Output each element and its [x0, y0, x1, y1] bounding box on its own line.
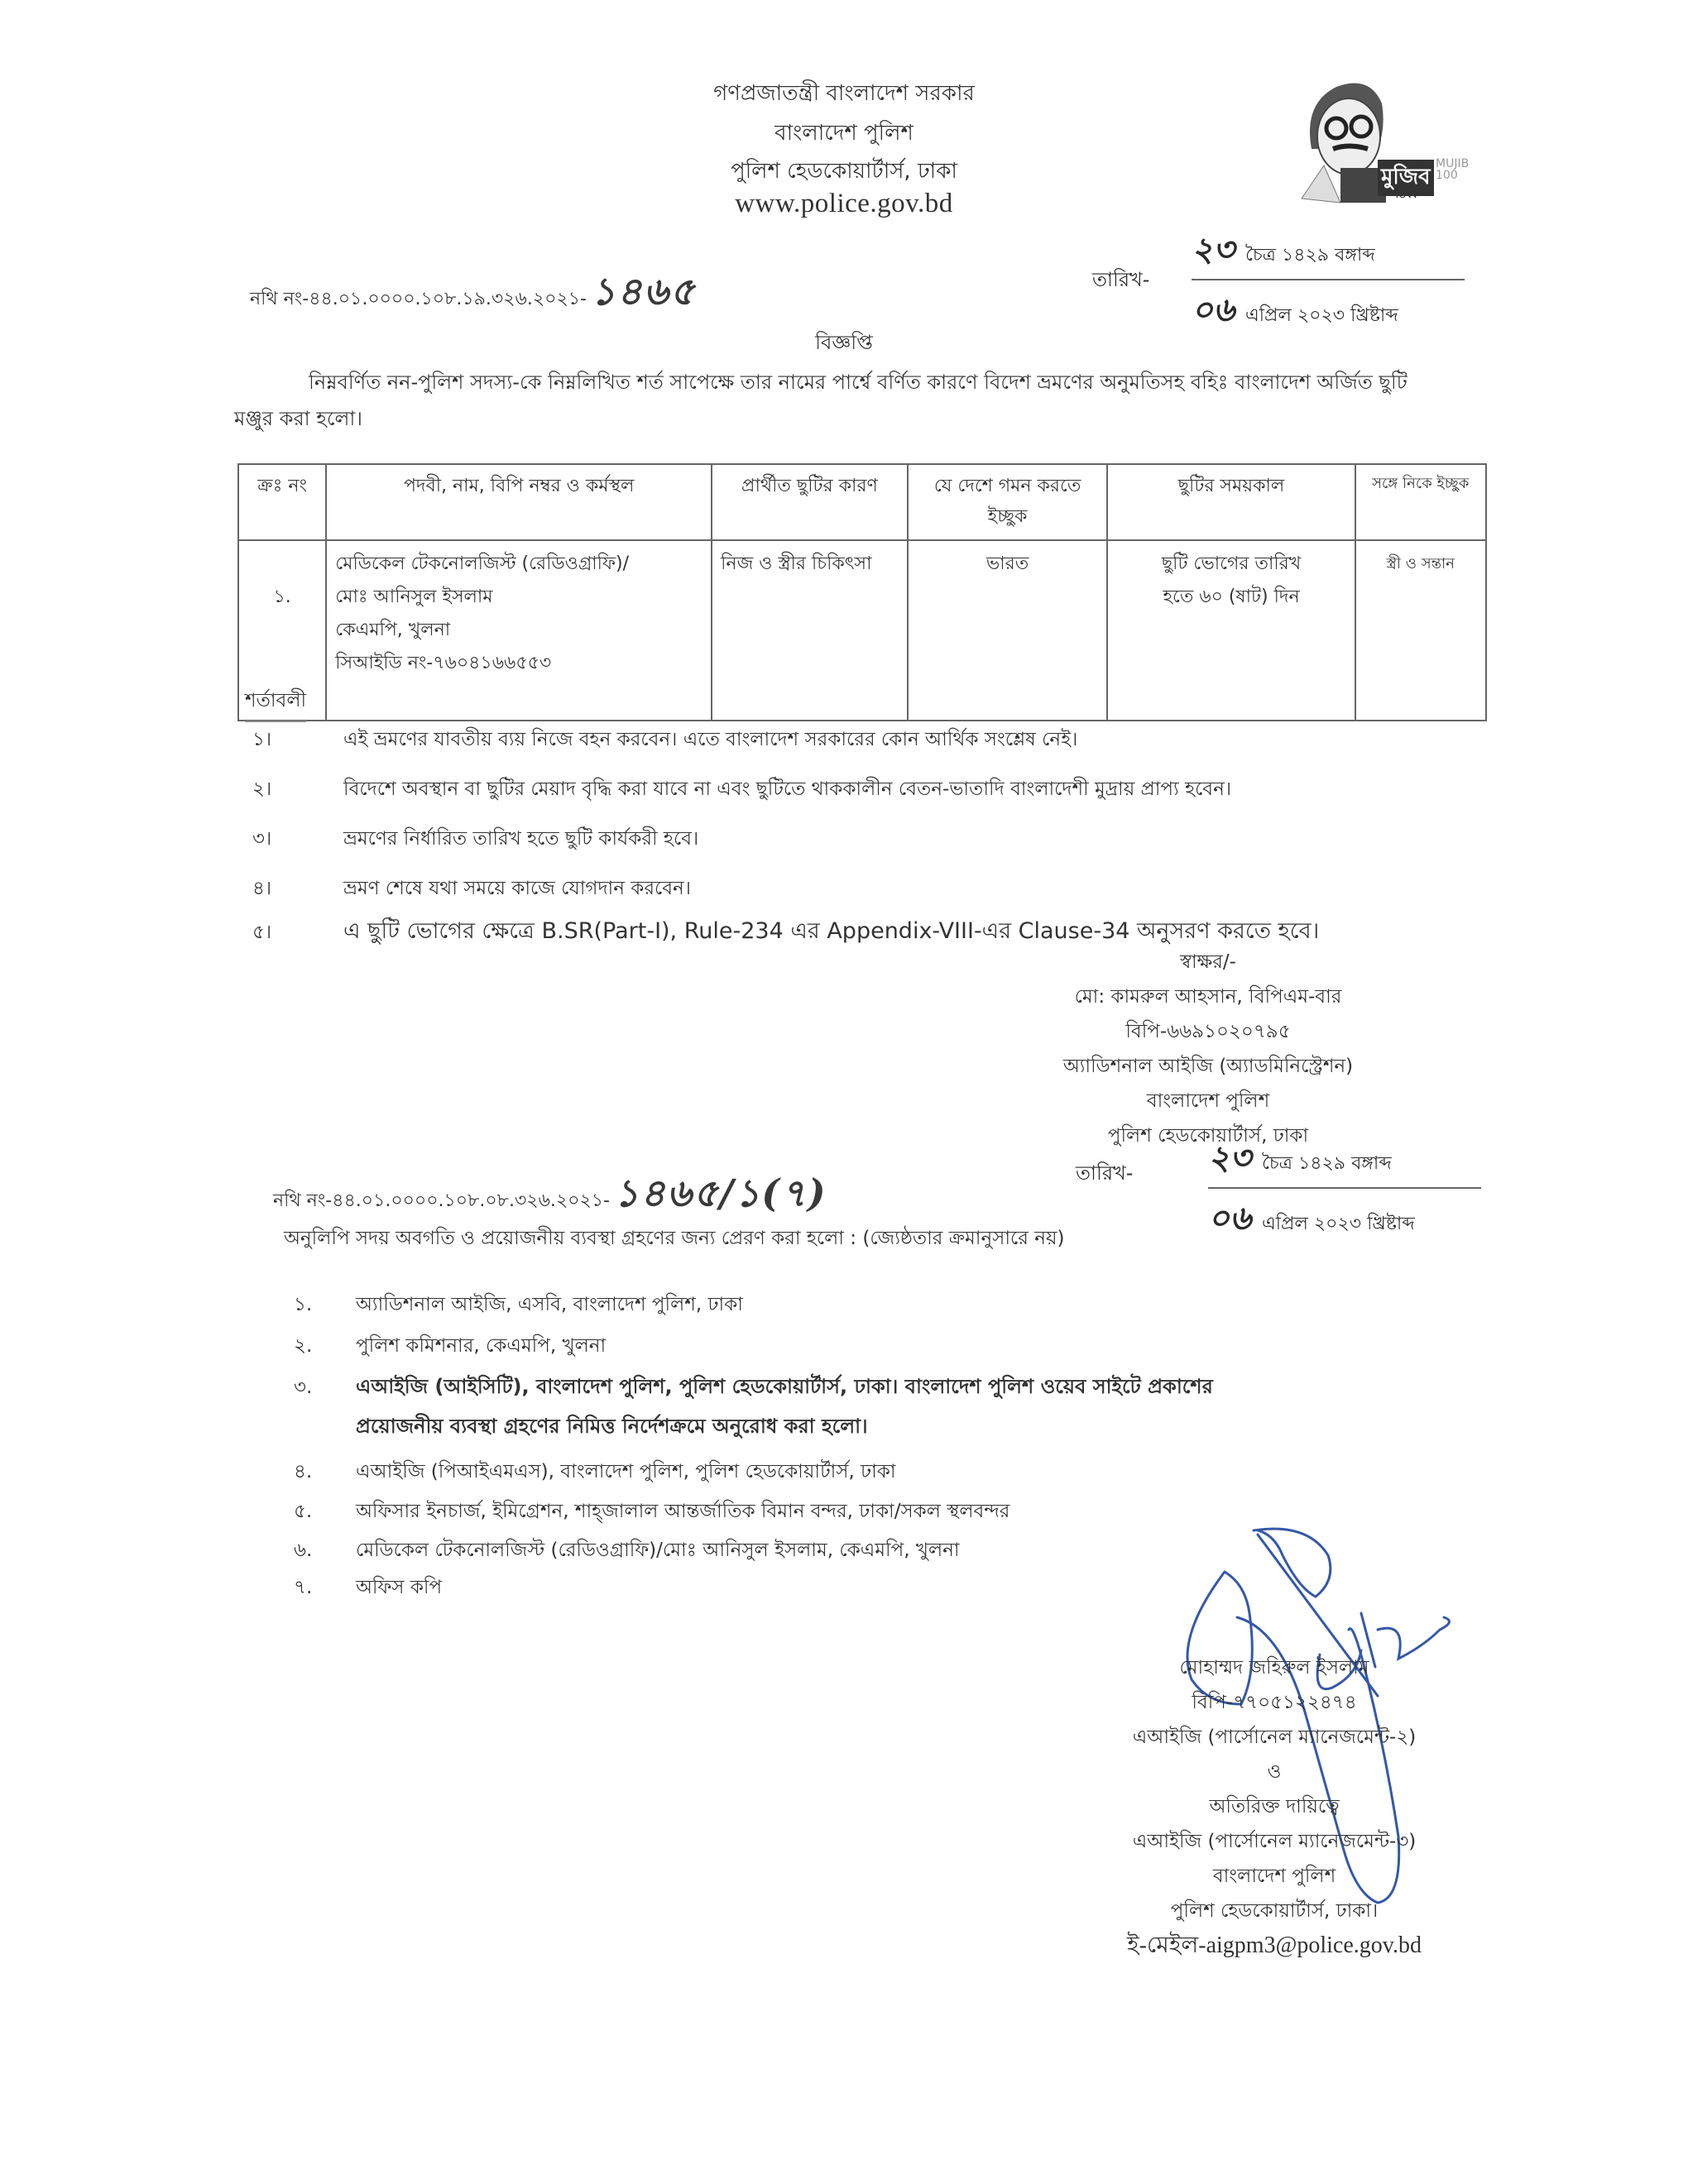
duration-line-1: ছুটি ভোগের তারিখ: [1116, 548, 1345, 581]
website-link[interactable]: www.police.gov.bd: [629, 189, 1059, 219]
hq-name: পুলিশ হেডকোয়ার্টার্স, ঢাকা: [629, 154, 1059, 190]
dept-name: বাংলাদেশ পুলিশ: [629, 116, 1059, 152]
person-name: মোঃ আনিসুল ইসলাম: [335, 581, 703, 614]
memo2-date: ২৩ চৈত্র ১৪২৯ বঙ্গাব্দ ০৬ এপ্রিল ২০২৩ খ্…: [1208, 1132, 1481, 1248]
cc-num: ৪.: [294, 1456, 356, 1488]
duration-line-2: হতে ৬০ (ষাট) দিন: [1116, 581, 1345, 614]
shotoborsho-text: শতবর্ষ: [1393, 188, 1417, 204]
memo2-number-printed: নথি নং-৪৪.০১.০০০০.১০৮.০৮.৩২৬.২০২১-: [273, 1190, 610, 1211]
col-country: যে দেশে গমন করতে ইচ্ছুক: [908, 464, 1108, 540]
condition-item: ৩।ভ্রমণের নির্ধারিত তারিখ হতে ছুটি কার্য…: [252, 823, 698, 855]
condition-text: ভ্রমণের নির্ধারিত তারিখ হতে ছুটি কার্যকর…: [343, 828, 698, 850]
leave-table: ক্রঃ নং পদবী, নাম, বিপি নম্বর ও কর্মস্থল…: [237, 463, 1487, 721]
cc-text: মেডিকেল টেকনোলজিস্ট (রেডিওগ্রাফি)/মোঃ আন…: [356, 1540, 960, 1561]
cell-reason: নিজ ও স্ত্রীর চিকিৎসা: [712, 540, 908, 721]
cc-num: ১.: [294, 1289, 356, 1321]
condition-item: ১।এই ভ্রমণের যাবতীয় ব্যয় নিজে বহন করবে…: [252, 724, 1077, 756]
mujib-100-en-text: MUJIB 100: [1436, 158, 1477, 181]
condition-item: ৪।ভ্রমণ শেষে যথা সময়ে কাজে যোগদান করবেন…: [252, 873, 691, 905]
col-duration: ছুটির সময়কাল: [1107, 464, 1355, 540]
memo-number-printed: নথি নং-৪৪.০১.০০০০.১০৮.১৯.৩২৬.২০২১-: [250, 289, 587, 309]
date-label-2: তারিখ-: [1076, 1158, 1133, 1191]
col-person: পদবী, নাম, বিপি নম্বর ও কর্মস্থল: [326, 464, 712, 540]
cc-item: ৫.অফিসার ইনচার্জ, ইমিগ্রেশন, শাহ্জালাল আ…: [294, 1496, 1009, 1528]
sig1-name: মো: কামরুল আহসান, বিপিএম-বার: [976, 979, 1440, 1014]
copy-to-intro: অনুলিপি সদয় অবগতি ও প্রয়োজনীয় ব্যবস্থ…: [284, 1223, 1065, 1255]
date2-greg-rest: এপ্রিল ২০২৩ খ্রিষ্টাব্দ: [1262, 1214, 1415, 1234]
date-bangla-rest: চৈত্র ১৪২৯ বঙ্গাব্দ: [1245, 245, 1375, 266]
cell-country: ভারত: [908, 540, 1108, 721]
sig2-dept: বাংলাদেশ পুলিশ: [1026, 1859, 1523, 1894]
cc-item: ৭.অফিস কপি: [294, 1572, 442, 1604]
date-greg-rest: এপ্রিল ২০২৩ খ্রিষ্টাব্দ: [1245, 305, 1398, 326]
cell-person: মেডিকেল টেকনোলজিস্ট (রেডিওগ্রাফি)/ মোঃ আ…: [326, 540, 712, 721]
date2-bangla-rest: চৈত্র ১৪২৯ বঙ্গাব্দ: [1262, 1153, 1392, 1174]
cc-num: ৭.: [294, 1572, 356, 1604]
sig2-and: ও: [1026, 1755, 1523, 1789]
person-id: সিআইডি নং-৭৬০৪১৬৬৫৫৩: [335, 647, 703, 680]
date-bangla-day: ২৩: [1192, 230, 1235, 269]
sig1-designation: অ্যাডিশনাল আইজি (অ্যাডমিনিস্ট্রেশন): [976, 1049, 1440, 1084]
memo-number: নথি নং-৪৪.০১.০০০০.১০৮.১৯.৩২৬.২০২১- ১৪৬৫: [250, 263, 697, 326]
mujib-100-logo: মুজিব শতবর্ষ MUJIB 100: [1278, 70, 1481, 207]
date-bangla: ২৩ চৈত্র ১৪২৯ বঙ্গাব্দ: [1192, 223, 1465, 279]
conditions-title: শর্তাবলী: [245, 685, 306, 722]
memo-date: ২৩ চৈত্র ১৪২৯ বঙ্গাব্দ ০৬ এপ্রিল ২০২৩ খ্…: [1192, 223, 1465, 339]
condition-num: ৩।: [252, 823, 343, 855]
date2-greg-day: ০৬: [1208, 1199, 1251, 1238]
memo-number-2: নথি নং-৪৪.০১.০০০০.১০৮.০৮.৩২৬.২০২১- ১৪৬৫/…: [273, 1165, 827, 1228]
cell-companions: স্ত্রী ও সন্তান: [1355, 540, 1486, 721]
sig1-dept: বাংলাদেশ পুলিশ: [976, 1084, 1440, 1118]
cc-text: এআইজি (আইসিটি), বাংলাদেশ পুলিশ, পুলিশ হে…: [356, 1375, 1213, 1398]
condition-num: ৪।: [252, 873, 343, 905]
condition-text: এ ছুটি ভোগের ক্ষেত্রে B.SR(Part-I), Rule…: [343, 918, 1319, 944]
date2-bangla-day: ২৩: [1208, 1138, 1251, 1177]
cc-num: ৩.: [294, 1372, 356, 1404]
cc-num: ৬.: [294, 1535, 356, 1567]
person-workplace: কেএমপি, খুলনা: [335, 614, 703, 647]
date2-bangla: ২৩ চৈত্র ১৪২৯ বঙ্গাব্দ: [1208, 1132, 1481, 1187]
notice-intro: নিম্নবর্ণিত নন-পুলিশ সদস্য-কে নিম্নলিখিত…: [234, 364, 1417, 437]
cc-item: ১.অ্যাডিশনাল আইজি, এসবি, বাংলাদেশ পুলিশ,…: [294, 1289, 743, 1321]
condition-num: ১।: [252, 724, 343, 756]
col-reason: প্রার্থীত ছুটির কারণ: [712, 464, 908, 540]
condition-item: ২।বিদেশে অবস্থান বা ছুটির মেয়াদ বৃদ্ধি …: [252, 773, 1231, 806]
sig2-name: মোহাম্মদ জহিরুল ইসলাম: [1026, 1650, 1523, 1685]
memo-number-handwritten: ১৪৬৫: [591, 269, 696, 314]
cc-item: ৪.এআইজি (পিআইএমএস), বাংলাদেশ পুলিশ, পুলি…: [294, 1456, 896, 1488]
table-header-row: ক্রঃ নং পদবী, নাম, বিপি নম্বর ও কর্মস্থল…: [238, 464, 1486, 540]
sig2-additional: অতিরিক্ত দায়িত্বে: [1026, 1789, 1523, 1824]
sig2-email[interactable]: ই-মেইল-aigpm3@police.gov.bd: [1026, 1928, 1523, 1963]
cc-item: ৬.মেডিকেল টেকনোলজিস্ট (রেডিওগ্রাফি)/মোঃ …: [294, 1535, 960, 1567]
date-label: তারিখ-: [1092, 265, 1149, 298]
col-serial: ক্রঃ নং: [238, 464, 326, 540]
condition-num: ২।: [252, 773, 343, 806]
cell-duration: ছুটি ভোগের তারিখ হতে ৬০ (ষাট) দিন: [1107, 540, 1355, 721]
cc-num: ২.: [294, 1330, 356, 1363]
cc-text: অফিসার ইনচার্জ, ইমিগ্রেশন, শাহ্জালাল আন্…: [356, 1501, 1009, 1522]
sig2-office: পুলিশ হেডকোয়ার্টার্স, ঢাকা।: [1026, 1894, 1523, 1928]
memo2-number-handwritten: ১৪৬৫/১(৭): [614, 1171, 827, 1215]
date-greg-day: ০৬: [1192, 290, 1235, 329]
signatory-1: স্বাক্ষর/- মো: কামরুল আহসান, বিপিএম-বার …: [976, 945, 1440, 1153]
govt-name: গণপ্রজাতন্ত্রী বাংলাদেশ সরকার: [629, 76, 1059, 113]
cc-text: এআইজি (পিআইএমএস), বাংলাদেশ পুলিশ, পুলিশ …: [356, 1461, 896, 1482]
cc-item: ৩.এআইজি (আইসিটি), বাংলাদেশ পুলিশ, পুলিশ …: [294, 1372, 1213, 1405]
condition-text: এই ভ্রমণের যাবতীয় ব্যয় নিজে বহন করবেন।…: [343, 729, 1077, 750]
date2-gregorian: ০৬ এপ্রিল ২০২৩ খ্রিষ্টাব্দ: [1208, 1187, 1481, 1248]
cc-text: পুলিশ কমিশনার, কেএমপি, খুলনা: [356, 1335, 606, 1357]
condition-num: ৫।: [252, 917, 343, 949]
sig2-designation-2: এআইজি (পার্সোনেল ম্যানেজমেন্ট-৩): [1026, 1824, 1523, 1859]
person-designation: মেডিকেল টেকনোলজিস্ট (রেডিওগ্রাফি)/: [335, 548, 703, 581]
condition-text: বিদেশে অবস্থান বা ছুটির মেয়াদ বৃদ্ধি কর…: [343, 778, 1231, 800]
cc-text: অফিস কপি: [356, 1577, 442, 1598]
col-companions: সঙ্গে নিকে ইচ্ছুক: [1355, 464, 1486, 540]
cc-num: ৫.: [294, 1496, 356, 1528]
cc-text-continued: প্রয়োজনীয় ব্যবস্থা গ্রহণের নিমিত্ত নির…: [356, 1411, 868, 1444]
condition-text: ভ্রমণ শেষে যথা সময়ে কাজে যোগদান করবেন।: [343, 878, 691, 899]
sig1-line: স্বাক্ষর/-: [976, 945, 1440, 979]
notice-title: বিজ্ঞপ্তি: [232, 324, 1456, 361]
table-row: ১. মেডিকেল টেকনোলজিস্ট (রেডিওগ্রাফি)/ মো…: [238, 540, 1486, 721]
sig2-designation: এআইজি (পার্সোনেল ম্যানেজমেন্ট-২): [1026, 1720, 1523, 1755]
cc-item: ২.পুলিশ কমিশনার, কেএমপি, খুলনা: [294, 1330, 606, 1363]
signatory-2: মোহাম্মদ জহিরুল ইসলাম বিপি-৭৭০৫১২২৪৭৪ এআ…: [1026, 1650, 1523, 1963]
cc-text: অ্যাডিশনাল আইজি, এসবি, বাংলাদেশ পুলিশ, ঢ…: [356, 1294, 743, 1315]
sig2-bp: বিপি-৭৭০৫১২২৪৭৪: [1026, 1685, 1523, 1720]
sig1-bp: বিপি-৬৬৯১০২০৭৯৫: [976, 1014, 1440, 1049]
